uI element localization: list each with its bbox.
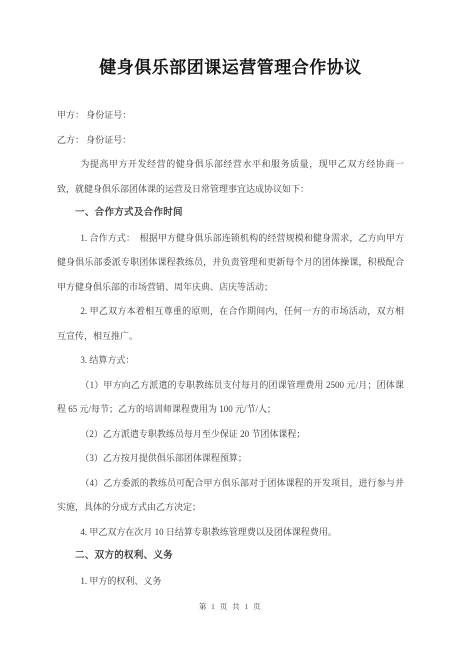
section-1-clause-3: 3. 结算方式： [57,348,404,373]
section-1-clause-4: 4. 甲乙双方在次月 10 日结算专职教练管理费以及团体课程费用。 [57,520,404,545]
section-1-clause-2: 2. 甲乙双方本着相互尊重的原则，在合作期间内，任何一方的市场活动，双方相互宣传… [57,299,404,348]
section-1-clause-3-item-1: （1）甲方向乙方派遣的专职教练员支付每月的团课管理费用 2500 元/月；团体课… [57,373,404,422]
section-1-clause-3-item-4: （4）乙方委派的教练员可配合甲方俱乐部对于团体课程的开发项目，进行参与并实施，具… [57,471,404,520]
intro-paragraph: 为提高甲方开发经营的健身俱乐部经营水平和服务质量，现甲乙双方经协商一致，就健身俱… [57,152,404,201]
party-a-line: 甲方： 身份证号： [57,103,404,128]
party-b-line: 乙方： 身份证号： [57,128,404,153]
section-1-heading: 一、合作方式及合作时间 [57,201,404,226]
section-2-heading: 二、双方的权利、义务 [57,544,404,569]
document-body: 甲方： 身份证号： 乙方： 身份证号： 为提高甲方开发经营的健身俱乐部经营水平和… [57,103,404,593]
section-1-clause-1: 1. 合作方式： 根据甲方健身俱乐部连锁机构的经营规模和健身需求，乙方向甲方健身… [57,226,404,300]
section-2-clause-1: 1. 甲方的权利、义务 [57,569,404,594]
section-1-clause-3-item-2: （2）乙方派遣专职教练员每月至少保证 20 节团体课程； [57,422,404,447]
document-page: 健身俱乐部团课运营管理合作协议 甲方： 身份证号： 乙方： 身份证号： 为提高甲… [0,0,461,653]
document-title: 健身俱乐部团课运营管理合作协议 [0,0,461,79]
page-number-footer: 第 1 页 共 1 页 [0,601,461,612]
section-1-clause-3-item-3: （3）乙方按月提供俱乐部团体课程预算； [57,446,404,471]
